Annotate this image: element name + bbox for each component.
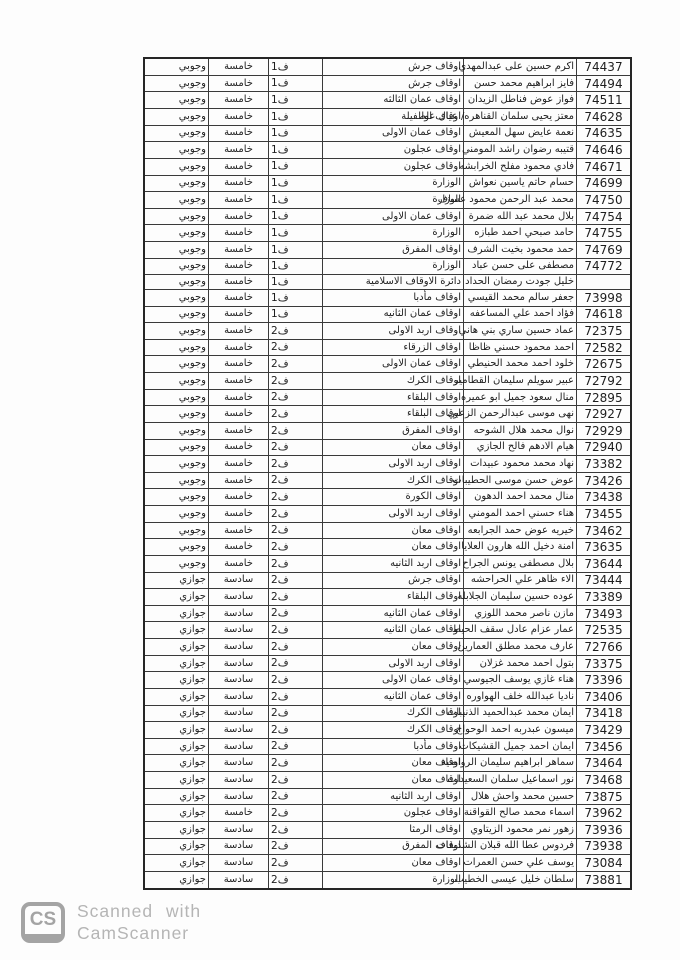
- table-row: 73438 منال محمد احمد الدهون اوقاف الكورة…: [144, 489, 631, 506]
- cell-type: وجوبي: [144, 406, 209, 423]
- cell-type: جوازي: [144, 838, 209, 855]
- cell-employee-name: حامد صبحي احمد طبازه: [464, 225, 577, 242]
- cell-period: ف2: [269, 572, 323, 589]
- cell-employee-number: 74769: [577, 242, 632, 259]
- cell-employee-name: نهاد محمد محمود عبيدات: [464, 456, 577, 473]
- cell-directorate: اوقاف الزرقاء: [323, 339, 464, 356]
- cell-directorate: اوقاف عجلون: [323, 142, 464, 159]
- cell-grade: سادسة: [209, 788, 269, 805]
- cell-employee-number: 72792: [577, 373, 632, 390]
- cell-period: ف2: [269, 855, 323, 872]
- cell-employee-name: امنة دخيل الله هارون العلايا: [464, 539, 577, 556]
- cell-grade: سادسة: [209, 772, 269, 789]
- cell-directorate: اوقاف البلقاء: [323, 406, 464, 423]
- camscanner-logo-text: CS: [30, 909, 56, 931]
- cell-employee-number: 73406: [577, 688, 632, 705]
- cell-grade: سادسة: [209, 722, 269, 739]
- table-row: 74671 فادي محمود مفلح الخرابشه اوقاف عجل…: [144, 158, 631, 175]
- cell-grade: سادسة: [209, 705, 269, 722]
- cell-type: وجوبي: [144, 356, 209, 373]
- cell-directorate: اوقاف مأدبا: [323, 738, 464, 755]
- cell-employee-number: 73644: [577, 555, 632, 572]
- cell-period: ف2: [269, 406, 323, 423]
- cell-type: وجوبي: [144, 522, 209, 539]
- cell-period: ف1: [269, 92, 323, 109]
- cell-grade: سادسة: [209, 622, 269, 639]
- table-row: 73881 سلطان خليل عيسى الخطيب الوزارة ف2 …: [144, 871, 631, 889]
- cell-directorate: اوقاف الرمثا: [323, 821, 464, 838]
- cell-employee-number: 73084: [577, 855, 632, 872]
- table-row: 74511 فواز عوض فناطل الزيدان اوقاف عمان …: [144, 92, 631, 109]
- cell-employee-name: عبير سويلم سليمان القطامير: [464, 373, 577, 390]
- cell-employee-number: 73418: [577, 705, 632, 722]
- table-row: 72766 عارف محمد مطلق العمارين اوقاف معان…: [144, 639, 631, 656]
- cell-employee-number: 72375: [577, 323, 632, 340]
- cell-grade: سادسة: [209, 838, 269, 855]
- cell-grade: خامسة: [209, 258, 269, 275]
- cell-employee-number: 73875: [577, 788, 632, 805]
- cell-employee-name: خلود احمد محمد الحنيطي: [464, 356, 577, 373]
- cell-type: جوازي: [144, 589, 209, 606]
- cell-type: وجوبي: [144, 339, 209, 356]
- cell-period: ف1: [269, 58, 323, 75]
- cell-grade: خامسة: [209, 225, 269, 242]
- table-row: 73444 الاء ظاهر علي الحراحشه اوقاف جرش ف…: [144, 572, 631, 589]
- cell-directorate: اوقاف جرش: [323, 75, 464, 92]
- cell-employee-name: فؤاد احمد علي المساعفه: [464, 306, 577, 323]
- cell-employee-number: 73382: [577, 456, 632, 473]
- cell-type: جوازي: [144, 605, 209, 622]
- cell-type: وجوبي: [144, 109, 209, 126]
- cell-directorate: اوقاف البلقاء: [323, 589, 464, 606]
- cell-directorate: اوقاف الطفيلة: [323, 109, 464, 126]
- cell-period: ف2: [269, 738, 323, 755]
- cell-period: ف1: [269, 175, 323, 192]
- table-row: خليل جودت رمضان الحداد دائرة الاوقاف الا…: [144, 275, 631, 290]
- cell-employee-number: 72927: [577, 406, 632, 423]
- cell-period: ف2: [269, 622, 323, 639]
- table-row: 73936 زهور نمر محمود الزيتاوي اوقاف الرم…: [144, 821, 631, 838]
- cell-directorate: اوقاف عمان الاولى: [323, 125, 464, 142]
- cell-employee-name: خيريه عوض حمد الجرابعه: [464, 522, 577, 539]
- cell-grade: خامسة: [209, 439, 269, 456]
- cell-type: جوازي: [144, 572, 209, 589]
- cell-employee-name: هناء حسني احمد المومني: [464, 506, 577, 523]
- table-row: 74646 قتيبه رضوان راشد المومني اوقاف عجل…: [144, 142, 631, 159]
- cell-type: جوازي: [144, 821, 209, 838]
- cell-employee-name: نعمة عايض سهل المعيش: [464, 125, 577, 142]
- cell-employee-name: هناء غازي يوسف الجيوسي: [464, 672, 577, 689]
- table-row: 73406 ناديا عبدالله خلف الهواوره اوقاف ع…: [144, 688, 631, 705]
- cell-employee-number: 73468: [577, 772, 632, 789]
- cell-type: وجوبي: [144, 242, 209, 259]
- cell-period: ف1: [269, 75, 323, 92]
- cell-grade: سادسة: [209, 755, 269, 772]
- watermark-text: Scanned with CamScanner: [77, 900, 201, 944]
- cell-period: ف1: [269, 192, 323, 209]
- cell-grade: خامسة: [209, 422, 269, 439]
- cell-type: وجوبي: [144, 225, 209, 242]
- cell-type: جوازي: [144, 755, 209, 772]
- cell-employee-name: ايمان محمد عبدالحميد الذنيبات: [464, 705, 577, 722]
- cell-grade: خامسة: [209, 323, 269, 340]
- cell-period: ف2: [269, 539, 323, 556]
- cell-employee-number: 73375: [577, 655, 632, 672]
- cell-employee-name: بلال مصطفى يونس الجراح: [464, 555, 577, 572]
- cell-directorate: اوقاف عمان الاولى: [323, 356, 464, 373]
- cell-type: وجوبي: [144, 125, 209, 142]
- table-row: 73084 يوسف علي حسن العمرات اوقاف معان ف2…: [144, 855, 631, 872]
- cell-employee-number: 74494: [577, 75, 632, 92]
- cell-directorate: اوقاف معان: [323, 522, 464, 539]
- cell-employee-number: 73936: [577, 821, 632, 838]
- cell-period: ف2: [269, 422, 323, 439]
- table-row: 73493 مازن ناصر محمد اللوزي اوقاف عمان ا…: [144, 605, 631, 622]
- table-row: 73635 امنة دخيل الله هارون العلايا اوقاف…: [144, 539, 631, 556]
- cell-employee-name: محمد عبد الرحمن محمود عساف: [464, 192, 577, 209]
- cell-employee-number: 73962: [577, 805, 632, 822]
- cell-directorate: اوقاف معان: [323, 439, 464, 456]
- cell-employee-number: 74628: [577, 109, 632, 126]
- cell-directorate: اوقاف اربد الثانيه: [323, 788, 464, 805]
- cell-period: ف1: [269, 289, 323, 306]
- watermark-line1: Scanned with: [77, 900, 201, 922]
- cell-employee-name: احمد محمود حسني ظاظا: [464, 339, 577, 356]
- cell-period: ف2: [269, 688, 323, 705]
- cell-type: جوازي: [144, 788, 209, 805]
- cell-period: ف2: [269, 439, 323, 456]
- cell-type: وجوبي: [144, 506, 209, 523]
- cell-employee-name: نهى موسى عبدالرحمن الزعبي: [464, 406, 577, 423]
- table-row: 74494 فايز ابراهيم محمد حسن اوقاف جرش ف1…: [144, 75, 631, 92]
- cell-grade: خامسة: [209, 472, 269, 489]
- cell-grade: خامسة: [209, 539, 269, 556]
- table-row: 73426 عوض حسن موسى الحطيبات اوقاف الكرك …: [144, 472, 631, 489]
- cell-type: جوازي: [144, 672, 209, 689]
- cell-period: ف2: [269, 339, 323, 356]
- cell-period: ف2: [269, 389, 323, 406]
- cell-directorate: اوقاف معان: [323, 639, 464, 656]
- cell-type: وجوبي: [144, 175, 209, 192]
- cell-employee-number: 74437: [577, 58, 632, 75]
- cell-grade: سادسة: [209, 688, 269, 705]
- cell-employee-number: 73938: [577, 838, 632, 855]
- cell-grade: سادسة: [209, 655, 269, 672]
- cell-period: ف2: [269, 838, 323, 855]
- cell-directorate: اوقاف معان: [323, 755, 464, 772]
- cell-grade: خامسة: [209, 125, 269, 142]
- cell-period: ف1: [269, 275, 323, 290]
- cell-employee-name: منال محمد احمد الدهون: [464, 489, 577, 506]
- cell-employee-number: 74699: [577, 175, 632, 192]
- table-row: 74618 فؤاد احمد علي المساعفه اوقاف عمان …: [144, 306, 631, 323]
- cell-type: جوازي: [144, 805, 209, 822]
- cell-employee-number: 74755: [577, 225, 632, 242]
- cell-grade: خامسة: [209, 356, 269, 373]
- cell-type: وجوبي: [144, 555, 209, 572]
- cell-type: جوازي: [144, 772, 209, 789]
- cell-period: ف1: [269, 109, 323, 126]
- camscanner-watermark: CS Scanned with CamScanner: [21, 900, 201, 944]
- cell-period: ف2: [269, 655, 323, 672]
- cell-employee-name: عماد حسين ساري بني هاني: [464, 323, 577, 340]
- cell-employee-number: 74511: [577, 92, 632, 109]
- records-table: 74437 اكرم حسين على عبدالمهدي اوقاف جرش …: [143, 57, 632, 890]
- table-row: 73464 سماهر ابراهيم سليمان الرواضيه اوقا…: [144, 755, 631, 772]
- cell-grade: خامسة: [209, 506, 269, 523]
- cell-employee-name: مازن ناصر محمد اللوزي: [464, 605, 577, 622]
- cell-directorate: الوزارة: [323, 225, 464, 242]
- cell-grade: سادسة: [209, 605, 269, 622]
- cell-grade: خامسة: [209, 339, 269, 356]
- cell-directorate: اوقاف اربد الاولى: [323, 323, 464, 340]
- cell-employee-number: 73396: [577, 672, 632, 689]
- cell-employee-name: عوض حسن موسى الحطيبات: [464, 472, 577, 489]
- cell-employee-name: قتيبه رضوان راشد المومني: [464, 142, 577, 159]
- cell-period: ف2: [269, 871, 323, 889]
- cell-employee-name: سلطان خليل عيسى الخطيب: [464, 871, 577, 889]
- cell-grade: خامسة: [209, 158, 269, 175]
- cell-employee-number: 73456: [577, 738, 632, 755]
- cell-type: وجوبي: [144, 92, 209, 109]
- cell-period: ف2: [269, 772, 323, 789]
- cell-employee-number: 72895: [577, 389, 632, 406]
- cell-period: ف2: [269, 506, 323, 523]
- cell-grade: خامسة: [209, 109, 269, 126]
- table-row: 73382 نهاد محمد محمود عبيدات اوقاف اربد …: [144, 456, 631, 473]
- cell-period: ف1: [269, 242, 323, 259]
- cell-type: وجوبي: [144, 489, 209, 506]
- cell-employee-name: عوده حسين سليمان الجلابله: [464, 589, 577, 606]
- watermark-line2: CamScanner: [77, 922, 201, 944]
- cell-directorate: اوقاف عجلون: [323, 805, 464, 822]
- cell-period: ف1: [269, 225, 323, 242]
- cell-directorate: اوقاف الكرك: [323, 373, 464, 390]
- cell-grade: خامسة: [209, 373, 269, 390]
- cell-directorate: اوقاف عمان الثانيه: [323, 622, 464, 639]
- cell-grade: خامسة: [209, 555, 269, 572]
- cell-directorate: اوقاف عمان الثانيه: [323, 306, 464, 323]
- records-table-body: 74437 اكرم حسين على عبدالمهدي اوقاف جرش …: [144, 58, 631, 889]
- cell-grade: خامسة: [209, 275, 269, 290]
- cell-period: ف2: [269, 605, 323, 622]
- cell-grade: سادسة: [209, 871, 269, 889]
- cell-grade: خامسة: [209, 306, 269, 323]
- cell-grade: سادسة: [209, 855, 269, 872]
- cell-employee-number: 72535: [577, 622, 632, 639]
- scanned-page: 74437 اكرم حسين على عبدالمهدي اوقاف جرش …: [0, 0, 680, 960]
- cell-grade: خامسة: [209, 522, 269, 539]
- cell-grade: خامسة: [209, 175, 269, 192]
- cell-directorate: اوقاف البلقاء: [323, 389, 464, 406]
- cell-period: ف2: [269, 373, 323, 390]
- cell-employee-name: بتول احمد محمد غزلان: [464, 655, 577, 672]
- cell-type: جوازي: [144, 871, 209, 889]
- table-row: 72675 خلود احمد محمد الحنيطي اوقاف عمان …: [144, 356, 631, 373]
- cell-period: ف2: [269, 672, 323, 689]
- table-row: 73456 ايمان احمد جميل القشيكات اوقاف مأد…: [144, 738, 631, 755]
- cell-employee-number: 74646: [577, 142, 632, 159]
- cell-type: جوازي: [144, 705, 209, 722]
- cell-directorate: اوقاف الكرك: [323, 705, 464, 722]
- cell-grade: سادسة: [209, 821, 269, 838]
- cell-grade: سادسة: [209, 589, 269, 606]
- cell-period: ف1: [269, 258, 323, 275]
- cell-employee-name: جعفر سالم محمد القيسي: [464, 289, 577, 306]
- cell-employee-name: فادي محمود مفلح الخرابشه: [464, 158, 577, 175]
- cell-type: وجوبي: [144, 158, 209, 175]
- cell-directorate: اوقاف اربد الثانيه: [323, 555, 464, 572]
- cell-grade: خامسة: [209, 406, 269, 423]
- table-row: 73998 جعفر سالم محمد القيسي اوقاف مأدبا …: [144, 289, 631, 306]
- cell-employee-name: حمد محمود بخيت الشرف: [464, 242, 577, 259]
- cell-employee-name: حسين محمد واحش هلال: [464, 788, 577, 805]
- table-row: 73418 ايمان محمد عبدالحميد الذنيبات اوقا…: [144, 705, 631, 722]
- cell-employee-number: 74750: [577, 192, 632, 209]
- cell-directorate: اوقاف الكورة: [323, 489, 464, 506]
- cell-grade: خامسة: [209, 805, 269, 822]
- cell-period: ف1: [269, 158, 323, 175]
- cell-employee-number: 74754: [577, 208, 632, 225]
- cell-type: وجوبي: [144, 389, 209, 406]
- cell-directorate: اوقاف معان: [323, 539, 464, 556]
- cell-period: ف1: [269, 142, 323, 159]
- cell-employee-number: 73389: [577, 589, 632, 606]
- cell-employee-number: 74772: [577, 258, 632, 275]
- cell-type: وجوبي: [144, 275, 209, 290]
- table-row: 72940 هيام الادهم فالح الجازي اوقاف معان…: [144, 439, 631, 456]
- table-row: 73468 نور اسماعيل سلمان السعيدات اوقاف م…: [144, 772, 631, 789]
- cell-directorate: اوقاف المفرق: [323, 838, 464, 855]
- table-row: 73455 هناء حسني احمد المومني اوقاف اربد …: [144, 506, 631, 523]
- cell-period: ف2: [269, 589, 323, 606]
- table-row: 72582 احمد محمود حسني ظاظا اوقاف الزرقاء…: [144, 339, 631, 356]
- cell-directorate: اوقاف جرش: [323, 572, 464, 589]
- cell-directorate: اوقاف عمان الثانيه: [323, 605, 464, 622]
- cell-period: ف1: [269, 208, 323, 225]
- cell-period: ف1: [269, 125, 323, 142]
- cell-employee-name: نوال محمد هلال الشوحه: [464, 422, 577, 439]
- table-row: 73644 بلال مصطفى يونس الجراح اوقاف اربد …: [144, 555, 631, 572]
- cell-employee-number: 72929: [577, 422, 632, 439]
- cell-period: ف2: [269, 522, 323, 539]
- cell-period: ف2: [269, 555, 323, 572]
- table-row: 72927 نهى موسى عبدالرحمن الزعبي اوقاف ال…: [144, 406, 631, 423]
- cell-employee-number: 74618: [577, 306, 632, 323]
- cell-employee-name: معتز يحيى سلمان القناهره/ عيال عوا: [464, 109, 577, 126]
- cell-type: جوازي: [144, 639, 209, 656]
- cell-employee-number: 73493: [577, 605, 632, 622]
- cell-directorate: الوزارة: [323, 871, 464, 889]
- table-row: 74750 محمد عبد الرحمن محمود عساف الوزارة…: [144, 192, 631, 209]
- cell-employee-number: 73429: [577, 722, 632, 739]
- cell-type: جوازي: [144, 655, 209, 672]
- cell-grade: خامسة: [209, 92, 269, 109]
- cell-grade: خامسة: [209, 208, 269, 225]
- table-row: 74754 بلال محمد عبد الله ضمرة اوقاف عمان…: [144, 208, 631, 225]
- cell-period: ف2: [269, 489, 323, 506]
- cell-directorate: اوقاف عمان الاولى: [323, 208, 464, 225]
- table-row: 73462 خيريه عوض حمد الجرابعه اوقاف معان …: [144, 522, 631, 539]
- cell-directorate: الوزارة: [323, 192, 464, 209]
- cell-period: ف2: [269, 456, 323, 473]
- cell-period: ف2: [269, 472, 323, 489]
- cell-employee-name: بلال محمد عبد الله ضمرة: [464, 208, 577, 225]
- cell-employee-number: 73426: [577, 472, 632, 489]
- cell-type: وجوبي: [144, 306, 209, 323]
- cell-directorate: اوقاف الكرك: [323, 472, 464, 489]
- cell-employee-name: عمار عزام عادل سقف الحيط: [464, 622, 577, 639]
- table-row: 73875 حسين محمد واحش هلال اوقاف اربد الث…: [144, 788, 631, 805]
- cell-grade: خامسة: [209, 75, 269, 92]
- cell-type: وجوبي: [144, 142, 209, 159]
- cell-grade: سادسة: [209, 639, 269, 656]
- cell-grade: خامسة: [209, 58, 269, 75]
- cell-employee-number: 73444: [577, 572, 632, 589]
- cell-grade: خامسة: [209, 456, 269, 473]
- table-row: 73389 عوده حسين سليمان الجلابله اوقاف ال…: [144, 589, 631, 606]
- camscanner-logo-icon: CS: [21, 902, 65, 943]
- cell-employee-name: منال سعود جميل ابو عميره: [464, 389, 577, 406]
- cell-employee-name: نور اسماعيل سلمان السعيدات: [464, 772, 577, 789]
- cell-type: وجوبي: [144, 323, 209, 340]
- cell-period: ف2: [269, 356, 323, 373]
- cell-employee-name: فايز ابراهيم محمد حسن: [464, 75, 577, 92]
- cell-type: وجوبي: [144, 289, 209, 306]
- table-row: 72375 عماد حسين ساري بني هاني اوقاف اربد…: [144, 323, 631, 340]
- cell-directorate: اوقاف اربد الاولى: [323, 456, 464, 473]
- cell-directorate: اوقاف جرش: [323, 58, 464, 75]
- cell-type: وجوبي: [144, 258, 209, 275]
- cell-directorate: اوقاف الكرك: [323, 722, 464, 739]
- cell-employee-name: فردوس عطا الله قبلان الشديفات: [464, 838, 577, 855]
- cell-type: وجوبي: [144, 373, 209, 390]
- cell-directorate: اوقاف مأدبا: [323, 289, 464, 306]
- cell-period: ف2: [269, 639, 323, 656]
- cell-type: وجوبي: [144, 422, 209, 439]
- table-row: 73396 هناء غازي يوسف الجيوسي اوقاف عمان …: [144, 672, 631, 689]
- cell-type: وجوبي: [144, 472, 209, 489]
- table-row: 72929 نوال محمد هلال الشوحه اوقاف المفرق…: [144, 422, 631, 439]
- cell-grade: خامسة: [209, 142, 269, 159]
- cell-type: جوازي: [144, 855, 209, 872]
- cell-period: ف2: [269, 722, 323, 739]
- cell-employee-name: اسماء محمد صالح القواقنة: [464, 805, 577, 822]
- cell-grade: خامسة: [209, 389, 269, 406]
- cell-type: وجوبي: [144, 439, 209, 456]
- cell-employee-number: 73881: [577, 871, 632, 889]
- cell-directorate: اوقاف عمان الثالثه: [323, 92, 464, 109]
- cell-type: جوازي: [144, 722, 209, 739]
- cell-employee-number: 72766: [577, 639, 632, 656]
- cell-employee-name: زهور نمر محمود الزيتاوي: [464, 821, 577, 838]
- cell-employee-name: سماهر ابراهيم سليمان الرواضيه: [464, 755, 577, 772]
- cell-employee-name: الاء ظاهر علي الحراحشه: [464, 572, 577, 589]
- cell-period: ف2: [269, 705, 323, 722]
- cell-period: ف2: [269, 805, 323, 822]
- cell-grade: سادسة: [209, 672, 269, 689]
- table-row: 72895 منال سعود جميل ابو عميره اوقاف الب…: [144, 389, 631, 406]
- cell-directorate: اوقاف اربد الاولى: [323, 655, 464, 672]
- cell-type: وجوبي: [144, 456, 209, 473]
- cell-employee-name: يوسف علي حسن العمرات: [464, 855, 577, 872]
- cell-directorate: اوقاف عجلون: [323, 158, 464, 175]
- cell-employee-number: 74635: [577, 125, 632, 142]
- cell-employee-name: هيام الادهم فالح الجازي: [464, 439, 577, 456]
- cell-directorate: الوزارة: [323, 175, 464, 192]
- cell-employee-name: خليل جودت رمضان الحداد: [464, 275, 577, 290]
- table-row: 73938 فردوس عطا الله قبلان الشديفات اوقا…: [144, 838, 631, 855]
